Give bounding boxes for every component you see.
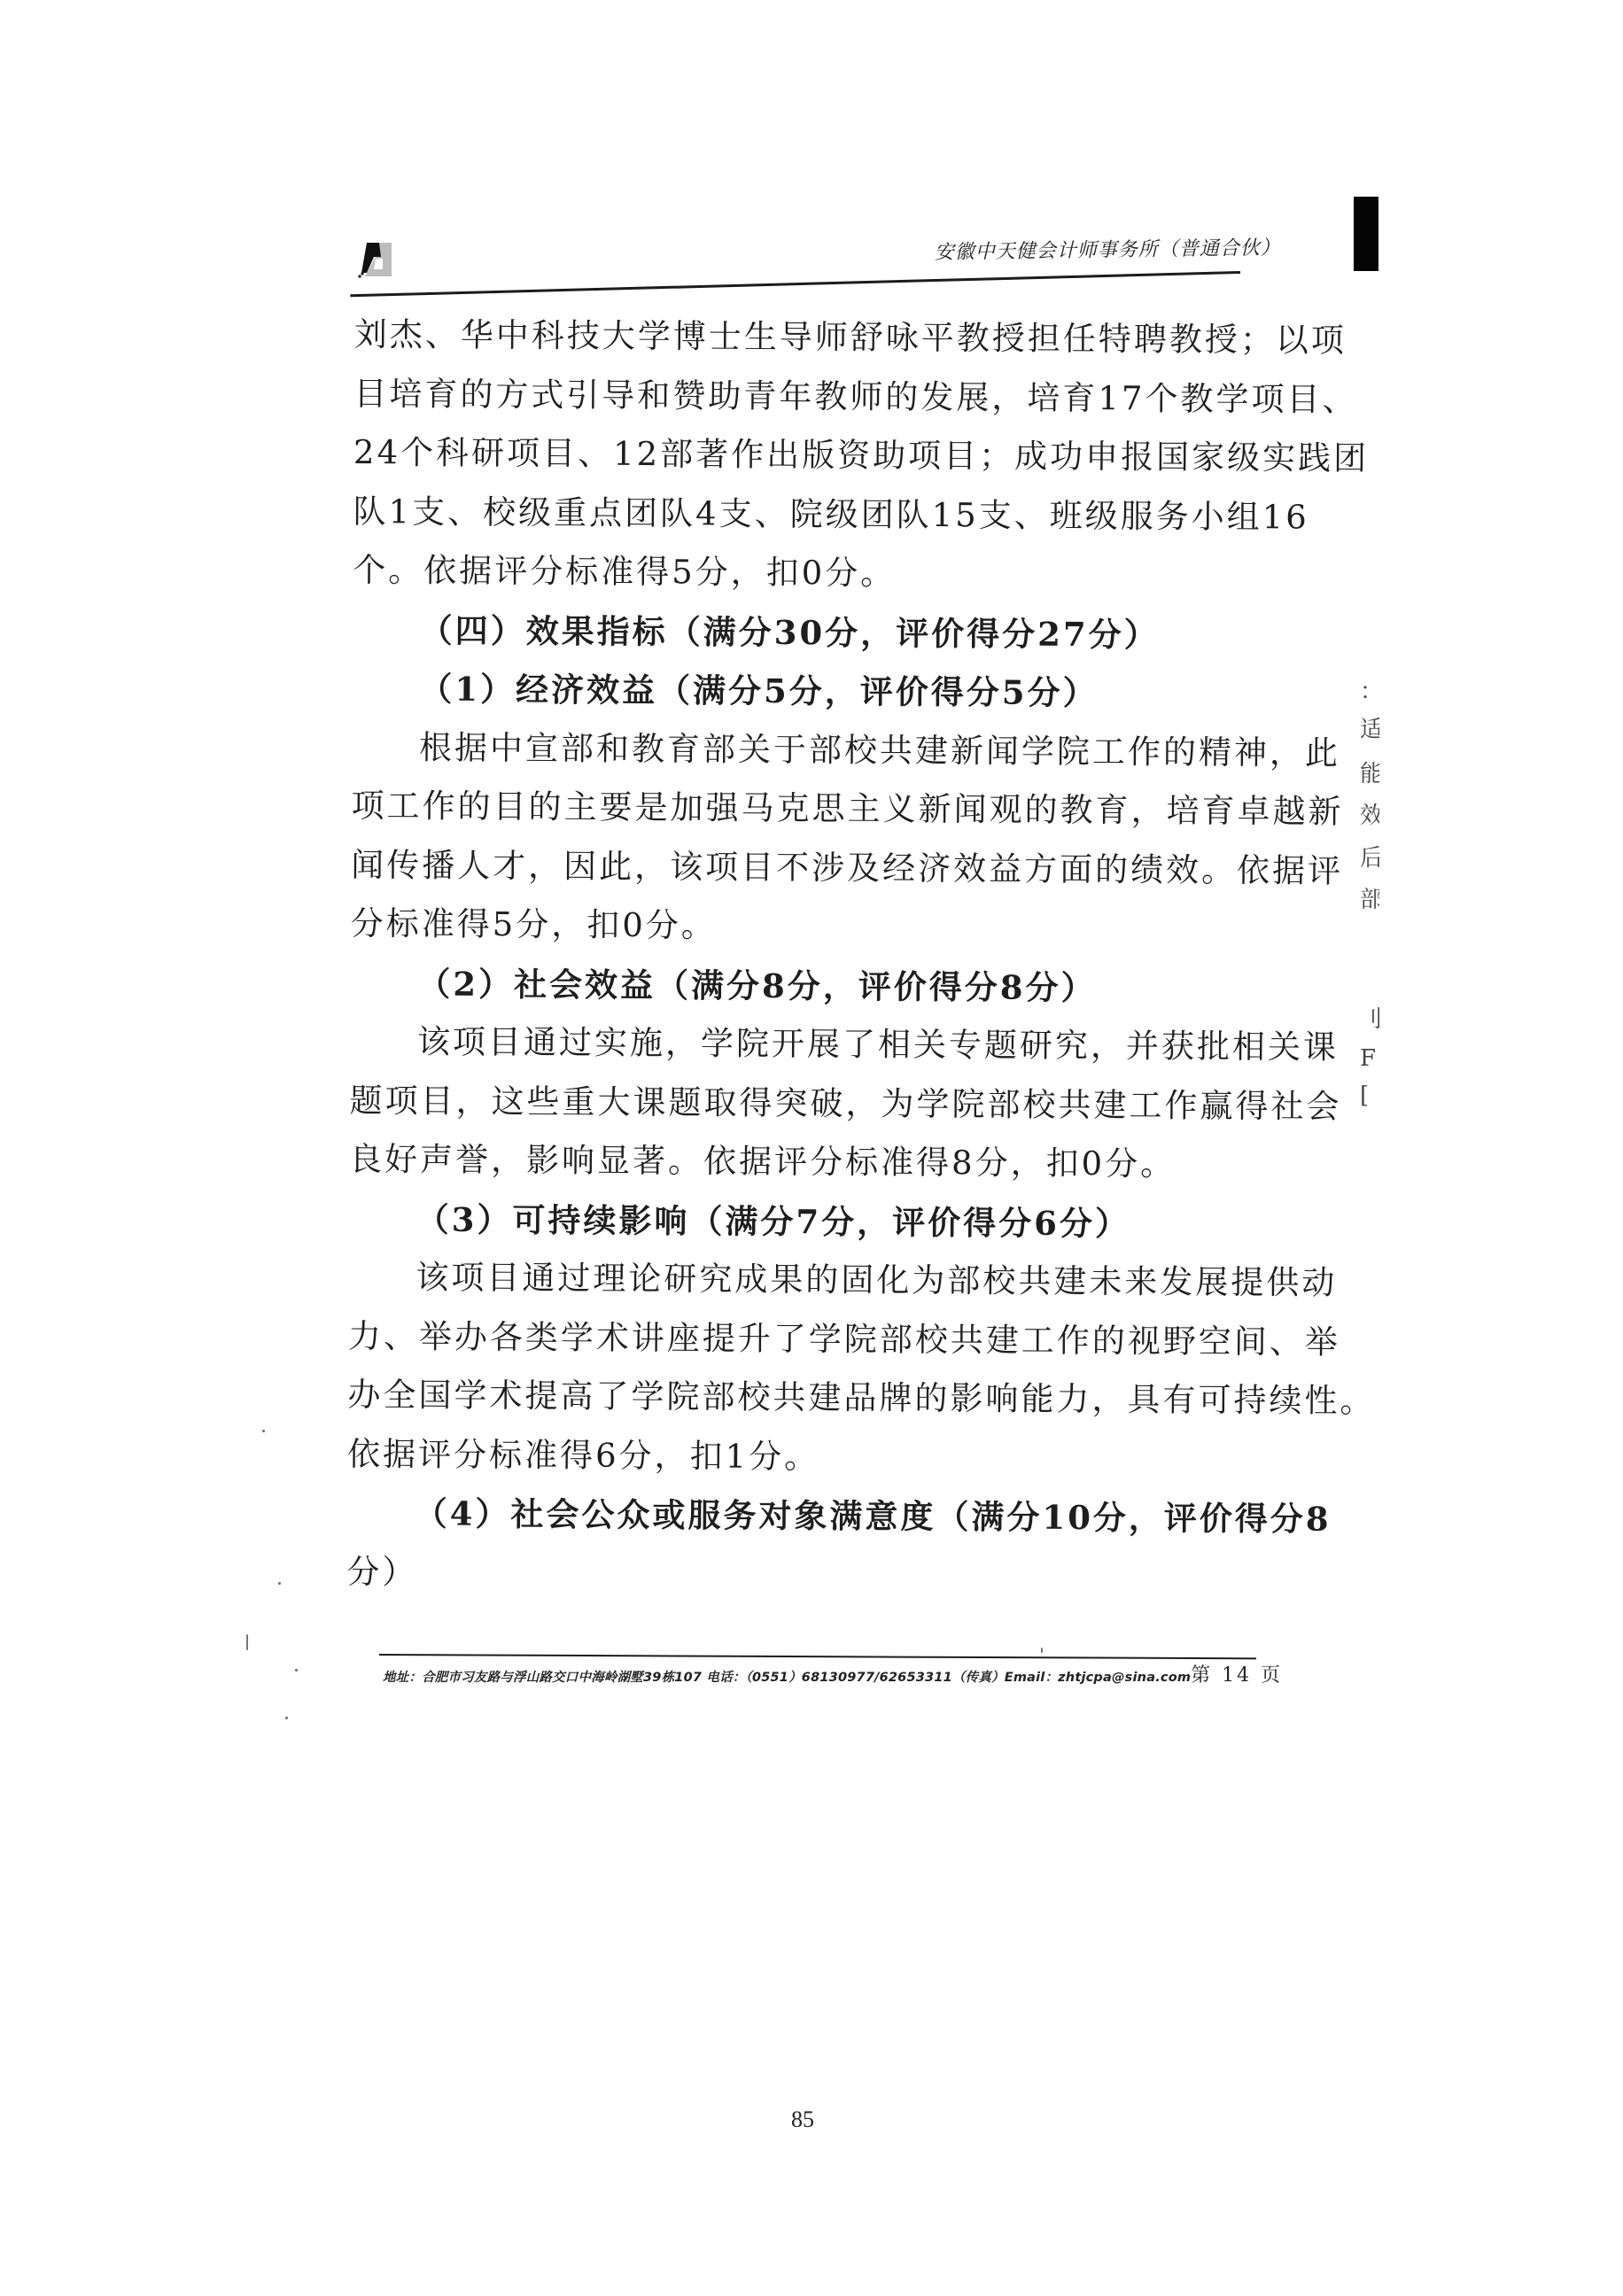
- paragraph-line: 目培育的方式引导和赞助青年教师的发展，培育17个教学项目、: [353, 364, 1248, 429]
- bleed-through-char: F: [1360, 1045, 1379, 1072]
- section-heading: （四）效果指标（满分30分，评价得分27分）: [353, 600, 1247, 664]
- footer-page-label: 第 14 页: [1191, 1660, 1283, 1687]
- header-divider: [350, 271, 1240, 297]
- paragraph-line: 该项目通过实施，学院开展了相关专题研究，并获批相关课: [350, 1012, 1245, 1077]
- paragraph-line: 依据评分标准得6分，扣1分。: [347, 1424, 1242, 1489]
- paragraph-line: 良好声誉，影响显著。依据评分标准得8分，扣0分。: [349, 1130, 1244, 1195]
- paragraph-line: 项工作的目的主要是加强马克思主义新闻观的教育，培育卓越新: [351, 777, 1246, 842]
- section-heading: （3）可持续影响（满分7分，评价得分6分）: [349, 1189, 1244, 1253]
- bleed-through-char: 部: [1360, 881, 1379, 914]
- scan-speck: [295, 1669, 298, 1672]
- paragraph-line: 力、举办各类学术讲座提升了学院部校共建工作的视野空间、举: [348, 1307, 1243, 1371]
- paragraph-line: 队1支、校级重点团队4支、院级团队15支、班级服务小组16: [353, 482, 1247, 547]
- bleed-through-char: 效: [1360, 797, 1379, 830]
- bleed-through-char: [: [1360, 1082, 1379, 1109]
- paragraph-line: 题项目，这些重大课题取得突破，为学院部校共建工作赢得社会: [349, 1071, 1244, 1136]
- page-number: 85: [791, 2106, 814, 2133]
- paragraph-line: 办全国学术提高了学院部校共建品牌的影响能力，具有可持续性。: [347, 1366, 1242, 1431]
- header-firm-name: 安徽中天健会计师事务所（普通合伙）: [935, 233, 1281, 265]
- body-content: 刘杰、华中科技大学博士生导师舒咏平教授担任特聘教授；以项目培育的方式引导和赞助青…: [346, 306, 1249, 1607]
- firm-logo-icon: [354, 237, 395, 280]
- bleed-through-char: 能: [1360, 756, 1379, 788]
- scan-speck: [262, 1430, 265, 1432]
- paragraph-line: 24个科研项目、12部著作出版资助项目；成功申报国家级实践团: [353, 423, 1248, 488]
- paragraph-line: 分）: [346, 1542, 1241, 1607]
- section-heading: （1）经济效益（满分5分，评价得分5分）: [352, 659, 1246, 724]
- scanned-document-page: 安徽中天健会计师事务所（普通合伙） 刘杰、华中科技大学博士生导师舒咏平教授担任特…: [0, 0, 1623, 2296]
- bleed-through-char: 适: [1360, 711, 1379, 744]
- scan-speck: [246, 1634, 248, 1650]
- paragraph-line: 根据中宣部和教育部关于部校共建新闻学院工作的精神，此: [352, 717, 1246, 782]
- footer-divider: [379, 1654, 1256, 1659]
- paragraph-line: 刘杰、华中科技大学博士生导师舒咏平教授担任特聘教授；以项: [354, 306, 1249, 370]
- paragraph-line: 该项目通过理论研究成果的固化为部校共建未来发展提供动: [348, 1248, 1243, 1313]
- paragraph-line: 个。依据评分标准得5分，扣0分。: [353, 541, 1247, 606]
- bleed-through-char: ：: [1360, 673, 1379, 706]
- bleed-through-char: 刂: [1360, 1001, 1379, 1034]
- scan-speck: [285, 1717, 288, 1719]
- section-heading: （2）社会效益（满分8分，评价得分8分）: [350, 953, 1245, 1018]
- scan-speck: [1041, 1648, 1043, 1653]
- paragraph-line: 闻传播人才，因此，该项目不涉及经济效益方面的绩效。依据评: [351, 835, 1246, 900]
- footer-address: 地址：合肥市习友路与浮山路交口中海岭湖墅39栋107 电话：（0551）6813…: [383, 1667, 1191, 1686]
- page-footer: 地址：合肥市习友路与浮山路交口中海岭湖墅39栋107 电话：（0551）6813…: [383, 1660, 1255, 1687]
- bleed-through-char: 后: [1360, 840, 1379, 873]
- paragraph-line: 分标准得5分，扣0分。: [351, 895, 1246, 959]
- section-heading: （4）社会公众或服务对象满意度（满分10分，评价得分8: [346, 1484, 1241, 1548]
- scan-speck: [278, 1582, 281, 1585]
- scan-edge-marker: [1354, 197, 1378, 271]
